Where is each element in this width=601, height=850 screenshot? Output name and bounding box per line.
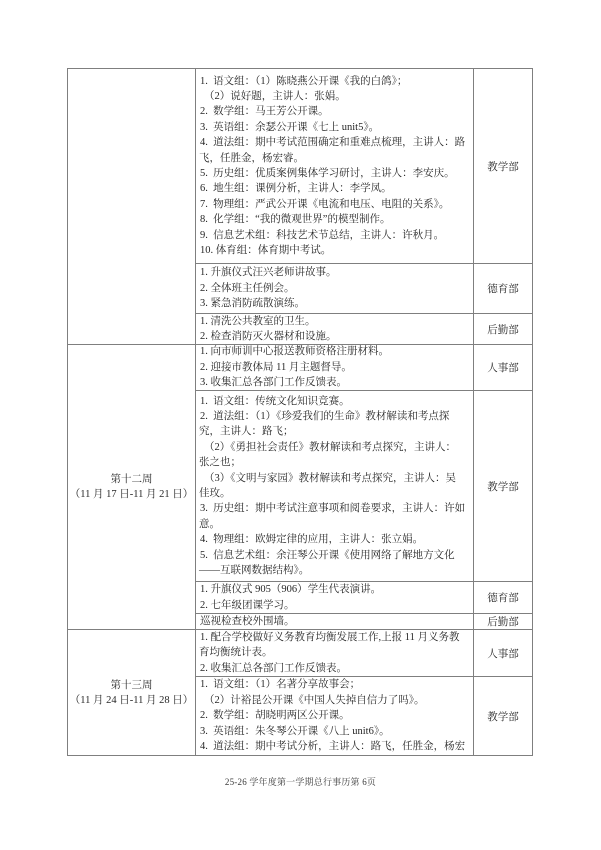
task-line: 张之也； — [199, 455, 471, 470]
table-row: 1. 语文组：（1）陈晓燕公开课《我的白鸽》；（2）说好题，主讲人：张娟。2. … — [196, 69, 532, 263]
dept-cell: 教学部 — [473, 69, 532, 263]
dept-cell: 教学部 — [473, 391, 532, 581]
task-line: 10. 体育组：体育期中考试。 — [199, 243, 471, 258]
task-cell: 1. 配合学校做好义务教育均衡发展工作,上报 11 月义务教育均衡统计表。2. … — [196, 630, 473, 676]
task-line: 3. 历史组：期中考试注意事项和阅卷要求，主讲人：许如 — [199, 501, 471, 516]
dept-label: 教学部 — [487, 709, 519, 724]
task-line: 意。 — [199, 517, 471, 532]
task-line: 4. 道法组：期中考试分析，主讲人：路飞，任胜金，杨宏 — [199, 739, 471, 754]
task-cell: 1. 向市师训中心报送教师资格注册材料。2. 迎接市教体局 11 月主题督导。3… — [196, 345, 473, 390]
dept-cell: 德育部 — [473, 582, 532, 613]
task-line: （2）《勇担社会责任》教材解读和考点探究，主讲人： — [199, 440, 471, 455]
dept-cell: 人事部 — [473, 345, 532, 390]
week-group: 第十三周（11 月 24 日-11 月 28 日）1. 配合学校做好义务教育均衡… — [68, 629, 532, 755]
task-cell: 1. 语文组：传统文化知识竞赛。2. 道法组：（1）《珍爱我们的生命》教材解读和… — [196, 391, 473, 581]
task-cell: 1. 语文组：（1）陈晓燕公开课《我的白鸽》；（2）说好题，主讲人：张娟。2. … — [196, 69, 473, 263]
week-group: 1. 语文组：（1）陈晓燕公开课《我的白鸽》；（2）说好题，主讲人：张娟。2. … — [68, 69, 532, 344]
dept-label: 后勤部 — [487, 614, 519, 629]
task-line: 4. 道法组：期中考试范围确定和重难点梳理，主讲人：路 — [199, 135, 471, 150]
task-line: 5. 历史组：优质案例集体学习研讨，主讲人：李安庆。 — [199, 166, 471, 181]
task-line: 1. 升旗仪式 905（906）学生代表演讲。 — [199, 582, 471, 597]
dept-label: 人事部 — [487, 360, 519, 375]
table-row: 1. 配合学校做好义务教育均衡发展工作,上报 11 月义务教育均衡统计表。2. … — [196, 630, 532, 676]
task-line: 1. 语文组：传统文化知识竞赛。 — [199, 394, 471, 409]
week-label: 第十三周 — [111, 678, 153, 693]
task-line: 1. 向市师训中心报送教师资格注册材料。 — [199, 345, 471, 360]
task-line: ——互联网数据结构》。 — [199, 563, 471, 578]
dept-cell: 人事部 — [473, 630, 532, 676]
table-row: 1. 清洗公共教室的卫生。2. 检查消防灭火器材和设施。后勤部 — [196, 313, 532, 344]
week-group: 第十二周（11 月 17 日-11 月 21 日）1. 向市师训中心报送教师资格… — [68, 344, 532, 629]
task-line: 2. 数学组：马王芳公开课。 — [199, 104, 471, 119]
task-cell: 1. 升旗仪式 905（906）学生代表演讲。2. 七年级团课学习。 — [196, 582, 473, 613]
task-line: 2. 七年级团课学习。 — [199, 598, 471, 613]
week-dates: （11 月 24 日-11 月 28 日） — [70, 693, 193, 708]
schedule-table: 1. 语文组：（1）陈晓燕公开课《我的白鸽》；（2）说好题，主讲人：张娟。2. … — [67, 68, 533, 756]
task-line: 3. 英语组：余瑟公开课《七上 unit5》。 — [199, 120, 471, 135]
task-line: 1. 语文组：（1）陈晓燕公开课《我的白鸽》； — [199, 74, 471, 89]
task-line: 佳玫。 — [199, 486, 471, 501]
dept-cell: 后勤部 — [473, 614, 532, 629]
week-cell: 第十三周（11 月 24 日-11 月 28 日） — [68, 630, 196, 755]
dept-cell: 德育部 — [473, 264, 532, 313]
dept-label: 教学部 — [487, 159, 519, 174]
week-cell — [68, 69, 196, 344]
task-line: 巡视检查校外围墙。 — [199, 614, 471, 629]
document-page: 1. 语文组：（1）陈晓燕公开课《我的白鸽》；（2）说好题，主讲人：张娟。2. … — [0, 0, 601, 850]
dept-label: 德育部 — [487, 281, 519, 296]
task-line: 2. 数学组：胡晓明两区公开课。 — [199, 708, 471, 723]
task-line: （3）《文明与家园》教材解读和考点探究，主讲人：吴 — [199, 471, 471, 486]
week-rows: 1. 向市师训中心报送教师资格注册材料。2. 迎接市教体局 11 月主题督导。3… — [196, 345, 532, 629]
task-line: 1. 配合学校做好义务教育均衡发展工作,上报 11 月义务教 — [199, 630, 471, 645]
dept-label: 德育部 — [487, 590, 519, 605]
task-line: 4. 物理组：欧姆定律的应用，主讲人：张立娟。 — [199, 532, 471, 547]
task-line: 2. 检查消防灭火器材和设施。 — [199, 329, 471, 344]
week-rows: 1. 语文组：（1）陈晓燕公开课《我的白鸽》；（2）说好题，主讲人：张娟。2. … — [196, 69, 532, 344]
task-line: （2）计裕昆公开课《中国人失掉自信力了吗》。 — [199, 693, 471, 708]
dept-label: 教学部 — [487, 479, 519, 494]
week-label: 第十二周 — [111, 472, 153, 487]
task-line: 3. 英语组：朱冬琴公开课《八上 unit6》。 — [199, 724, 471, 739]
table-row: 1. 升旗仪式 905（906）学生代表演讲。2. 七年级团课学习。德育部 — [196, 581, 532, 613]
task-line: 1. 升旗仪式汪兴老师讲故事。 — [199, 265, 471, 280]
task-line: 1. 语文组：（1）名著分享故事会； — [199, 677, 471, 692]
dept-label: 人事部 — [487, 646, 519, 661]
task-line: 9. 信息艺术组：科技艺术节总结，主讲人：许秋月。 — [199, 228, 471, 243]
table-row: 1. 向市师训中心报送教师资格注册材料。2. 迎接市教体局 11 月主题督导。3… — [196, 345, 532, 390]
task-line: 6. 地生组：课例分析，主讲人：李学凤。 — [199, 181, 471, 196]
task-line: （2）说好题，主讲人：张娟。 — [199, 89, 471, 104]
task-line: 2. 收集汇总各部门工作反馈表。 — [199, 661, 471, 676]
dept-cell: 后勤部 — [473, 314, 532, 344]
week-rows: 1. 配合学校做好义务教育均衡发展工作,上报 11 月义务教育均衡统计表。2. … — [196, 630, 532, 755]
table-row: 1. 语文组：传统文化知识竞赛。2. 道法组：（1）《珍爱我们的生命》教材解读和… — [196, 390, 532, 581]
table-row: 巡视检查校外围墙。后勤部 — [196, 613, 532, 629]
task-cell: 1. 升旗仪式汪兴老师讲故事。2. 全体班主任例会。3. 紧急消防疏散演练。 — [196, 264, 473, 313]
task-cell: 1. 语文组：（1）名著分享故事会；（2）计裕昆公开课《中国人失掉自信力了吗》。… — [196, 677, 473, 755]
dept-cell: 教学部 — [473, 677, 532, 755]
task-line: 究，主讲人：路飞； — [199, 424, 471, 439]
dept-label: 后勤部 — [487, 322, 519, 337]
table-row: 1. 升旗仪式汪兴老师讲故事。2. 全体班主任例会。3. 紧急消防疏散演练。德育… — [196, 263, 532, 313]
page-footer: 25-26 学年度第一学期总行事历第 6页 — [0, 775, 601, 788]
week-cell: 第十二周（11 月 17 日-11 月 21 日） — [68, 345, 196, 629]
task-line: 2. 道法组：（1）《珍爱我们的生命》教材解读和考点探 — [199, 409, 471, 424]
task-line: 8. 化学组：“我的微观世界”的模型制作。 — [199, 212, 471, 227]
task-line: 2. 全体班主任例会。 — [199, 281, 471, 296]
week-dates: （11 月 17 日-11 月 21 日） — [70, 487, 193, 502]
task-line: 7. 物理组：严武公开课《电流和电压、电阻的关系》。 — [199, 197, 471, 212]
task-line: 飞，任胜金，杨宏睿。 — [199, 151, 471, 166]
task-line: 1. 清洗公共教室的卫生。 — [199, 314, 471, 329]
table-row: 1. 语文组：（1）名著分享故事会；（2）计裕昆公开课《中国人失掉自信力了吗》。… — [196, 676, 532, 755]
task-cell: 巡视检查校外围墙。 — [196, 614, 473, 629]
task-line: 3. 收集汇总各部门工作反馈表。 — [199, 375, 471, 390]
task-line: 3. 紧急消防疏散演练。 — [199, 296, 471, 311]
task-line: 2. 迎接市教体局 11 月主题督导。 — [199, 360, 471, 375]
task-line: 5. 信息艺术组：余汪琴公开课《使用网络了解地方文化 — [199, 548, 471, 563]
task-cell: 1. 清洗公共教室的卫生。2. 检查消防灭火器材和设施。 — [196, 314, 473, 344]
task-line: 育均衡统计表。 — [199, 645, 471, 660]
